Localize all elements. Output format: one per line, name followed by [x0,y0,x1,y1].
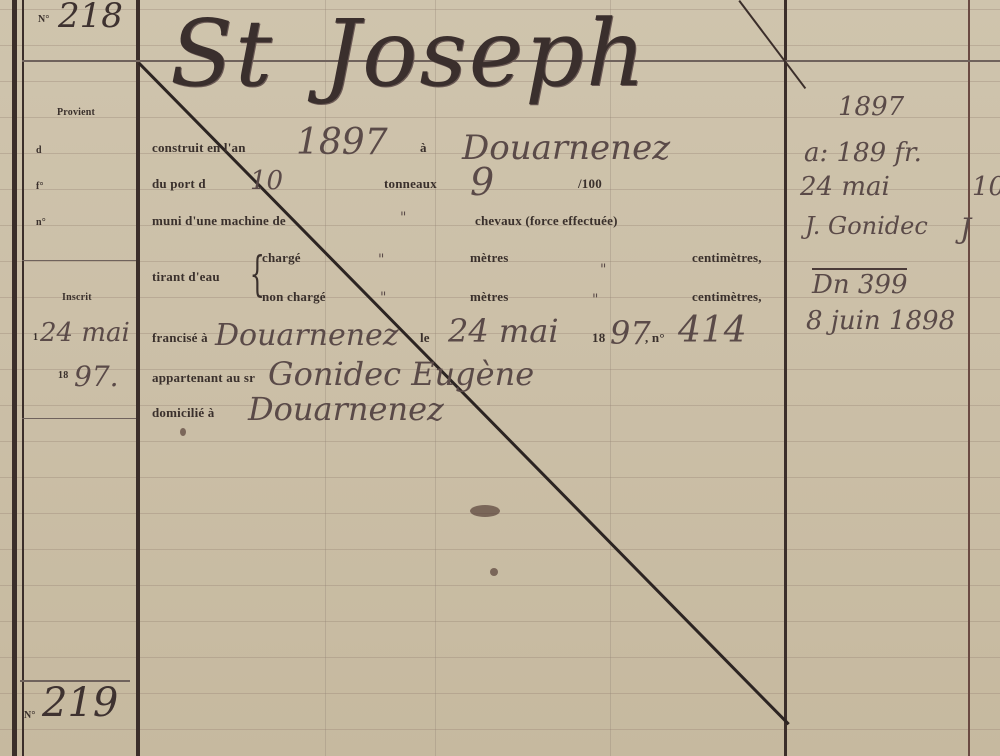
margin-double-line [12,0,17,756]
non-charge-label: non chargé [262,289,326,305]
ship-name-prefix: St [170,0,274,107]
non-charge-metres-label: mètres [470,289,509,305]
port-label: du port d [152,176,206,192]
inscrit-date: 24 mai [40,318,130,348]
letter-n: n° [36,217,46,228]
right-note-date2: 8 juin 1898 [806,306,955,336]
right-note-year: 1897 [838,92,904,122]
next-entry-number: 219 [42,680,118,726]
left-divider [22,418,136,419]
entry-number: 218 [58,0,123,36]
machine-value: " [400,210,406,226]
column-divider [784,0,787,756]
charge-cm-ditto: " [600,262,606,278]
next-entry-number-label: N° [24,710,36,721]
inscrit-label: Inscrit [62,292,92,303]
ink-stain [180,428,186,436]
non-charge-metres-ditto: " [380,290,386,306]
inscrit-day-prefix: 1 [33,332,38,343]
le-label: le [420,330,430,346]
column-divider [136,0,140,756]
machine-label: muni d'une machine de [152,213,286,229]
francise-number: 414 [678,310,747,351]
entry-number-label: N° [38,14,50,25]
register-page: N° 218 St Joseph Provient d f° n° Inscri… [0,0,1000,756]
charge-metres-label: mètres [470,250,509,266]
far-right-fragment: J [960,212,971,245]
far-right-fragment: 10 [972,172,1000,202]
domicile-label: domicilié à [152,405,215,421]
non-charge-centimetres-label: centimètres, [692,289,762,305]
charge-centimetres-label: centimètres, [692,250,762,266]
francise-place: Douarnenez [215,318,399,353]
owner-name: Gonidec Eugène [268,355,534,393]
hundredths-label: /100 [578,176,602,192]
charge-label: chargé [262,250,301,266]
ship-name-main: Joseph [323,0,647,107]
ship-name: St Joseph [170,0,647,107]
port-value: 10 [250,166,283,196]
francise-date: 24 mai [448,312,559,350]
left-divider [22,260,136,261]
year-prefix: 18 [592,330,605,346]
right-note-ref: Dn 399 [812,268,907,300]
tirant-label: tirant d'eau [152,269,220,285]
right-note-name: J. Gonidec [805,212,928,240]
non-charge-cm-ditto: " [592,292,598,308]
ink-stain [490,568,498,576]
construit-label: construit en l'an [152,140,246,156]
inscrit-year-prefix: 18 [58,370,68,381]
number-label: , n° [645,330,665,346]
construit-year: 1897 [296,122,388,163]
provient-label: Provient [57,107,95,118]
francise-label: francisé à [152,330,208,346]
right-note-date: 24 mai [800,172,890,202]
letter-f: f° [36,181,44,192]
charge-metres-ditto: " [378,252,384,268]
right-note-price: a: 189 fr. [804,138,922,168]
chevaux-label: chevaux (force effectuée) [475,213,618,229]
inscrit-year: 97. [74,360,119,393]
domicile-place: Douarnenez [248,390,444,428]
ink-stain [470,505,500,517]
column-divider [968,0,970,756]
letter-d: d [36,145,42,156]
a-label: à [420,140,427,156]
tonneaux-label: tonneaux [384,176,437,192]
column-guide [610,0,611,756]
appartenant-label: appartenant au sr [152,370,255,386]
margin-line [22,0,24,756]
tonneaux-value: 9 [470,160,494,204]
